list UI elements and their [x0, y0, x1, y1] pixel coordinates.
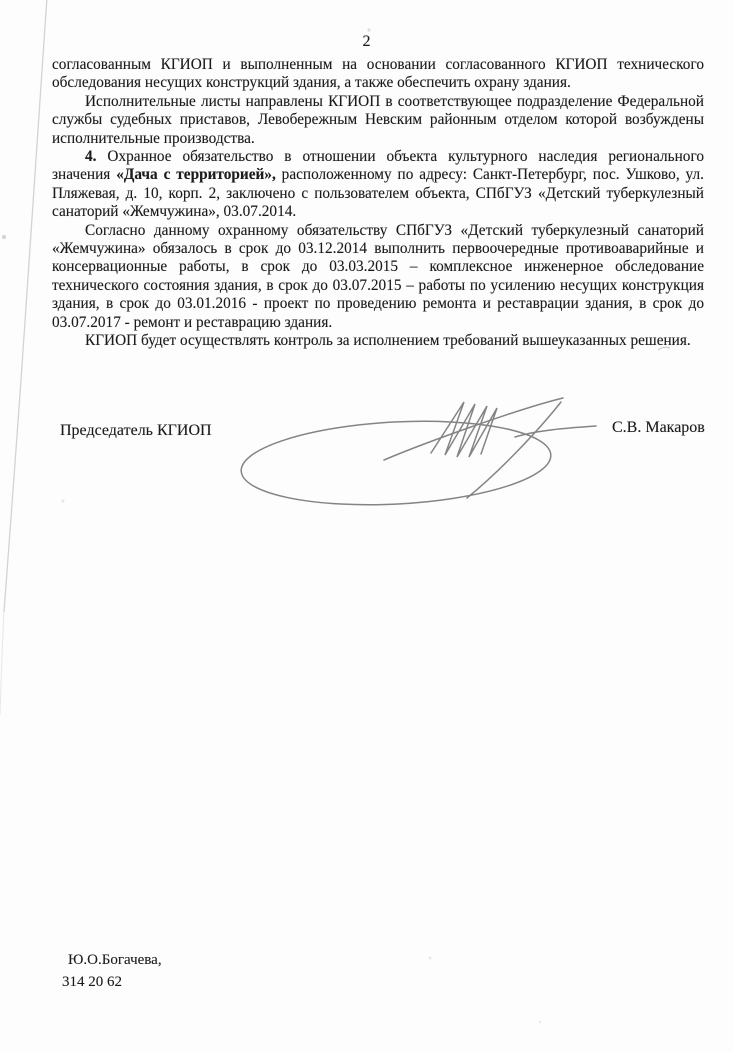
scanned-document-page: 2 согласованным КГИОП и выполненным на о… — [0, 0, 733, 1052]
page-edge-line-fade — [0, 612, 4, 715]
page-edge-line — [4, 0, 47, 612]
item-number-bold: 4. — [85, 148, 96, 165]
paragraph-continuation: согласованным КГИОП и выполненным на осн… — [52, 56, 704, 93]
paragraph-text: согласованным КГИОП и выполненным на осн… — [52, 56, 704, 91]
paragraph-text: КГИОП будет осуществлять контроль за исп… — [85, 332, 691, 349]
paragraph-control-statement: КГИОП будет осуществлять контроль за исп… — [52, 332, 704, 350]
signatory-name: С.В. Макаров — [612, 419, 705, 437]
signatory-title: Председатель КГИОП — [60, 422, 212, 440]
paragraph-obligation-terms: Согласно данному охранному обязательству… — [52, 222, 704, 332]
noise-speck — [367, 28, 370, 31]
handwritten-signature-icon — [226, 391, 604, 516]
noise-speck — [2, 235, 6, 239]
paragraph-item-4: 4. Охранное обязательство в отношении об… — [52, 148, 704, 222]
document-body: согласованным КГИОП и выполненным на осн… — [52, 56, 704, 351]
noise-speck — [62, 500, 65, 503]
paragraph-text: Исполнительные листы направлены КГИОП в … — [52, 93, 704, 147]
footer-contact-name: Ю.О.Богачева, — [68, 952, 162, 969]
paragraph-executive-lists: Исполнительные листы направлены КГИОП в … — [52, 93, 704, 148]
footer-phone: 314 20 62 — [62, 974, 122, 991]
noise-speck — [429, 957, 432, 960]
object-name-bold: «Дача с территорией», — [116, 166, 276, 183]
page-number: 2 — [0, 33, 733, 51]
noise-speck — [539, 1021, 542, 1024]
paragraph-text: Согласно данному охранному обязательству… — [52, 222, 704, 331]
